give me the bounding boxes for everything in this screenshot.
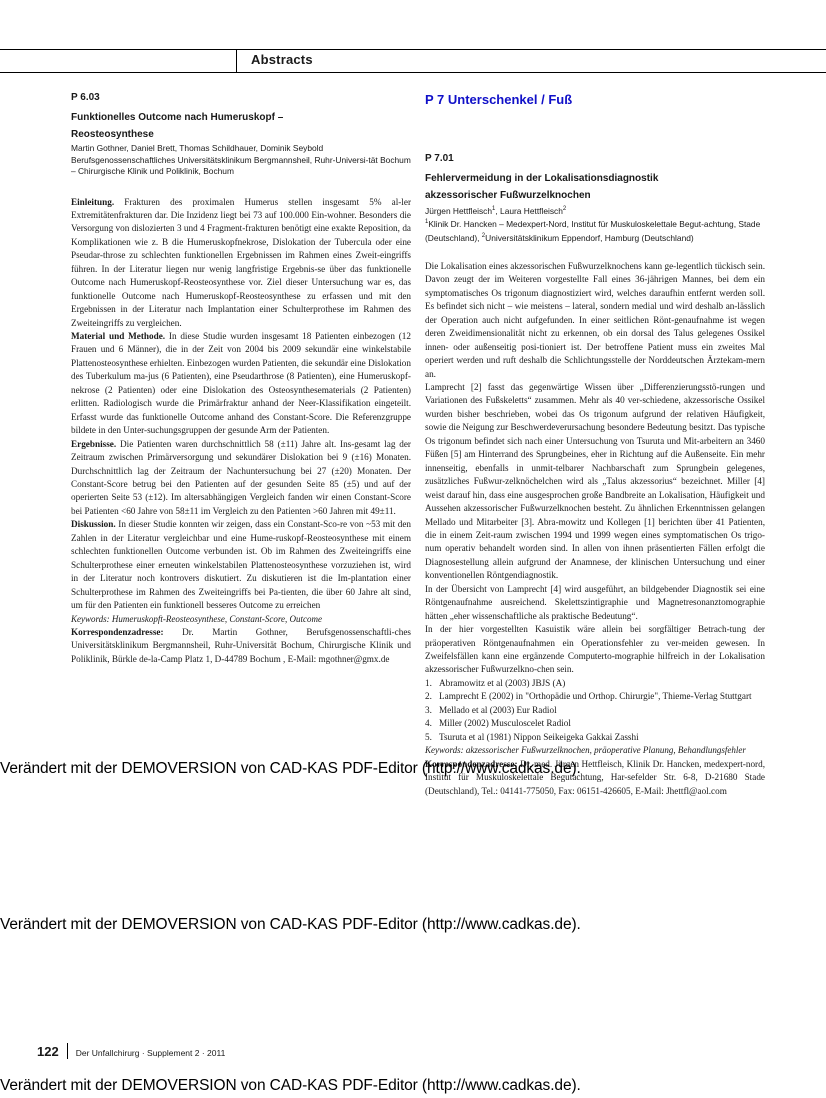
reference-item: 4.Miller (2002) Musculoscelet Radiol (425, 717, 765, 730)
reference-list: 1.Abramowitz et al (2003) JBJS (A) 2.Lam… (425, 677, 765, 744)
section-label: Diskussion. (71, 519, 116, 529)
reference-number: 2. (425, 690, 432, 703)
section-text: Die Patienten waren durchschnittlich 58 … (71, 439, 411, 516)
reference-item: 3.Mellado et al (2003) Eur Radiol (425, 704, 765, 717)
reference-number: 1. (425, 677, 432, 690)
keywords-label: Keywords (425, 745, 461, 755)
header-rule-top (0, 49, 826, 50)
reference-text: Miller (2002) Musculoscelet Radiol (439, 718, 571, 728)
abstract-title: Funktionelles Outcome nach Humeruskopf –… (71, 109, 411, 143)
author-1: Jürgen Hettfleisch (425, 206, 492, 216)
section-label: Material und Methode. (71, 331, 165, 341)
abstract-code: P 7.01 (425, 153, 765, 164)
reference-number: 5. (425, 731, 432, 744)
reference-item: 1.Abramowitz et al (2003) JBJS (A) (425, 677, 765, 690)
abstract-p701: P 7 Unterschenkel / Fuß P 7.01 Fehlerver… (425, 92, 765, 798)
affiliation: Berufsgenossenschaftliches Universitätsk… (71, 155, 411, 178)
reference-item: 2.Lamprecht E (2002) in "Orthopädie und … (425, 690, 765, 703)
demo-watermark: Verändert mit der DEMOVERSION von CAD-KA… (0, 760, 581, 778)
abstract-title: Fehlervermeidung in der Lokalisationsdia… (425, 170, 765, 204)
section-material-methode: Material und Methode. In diese Studie wu… (71, 330, 411, 438)
keywords: Keywords: akzessorischer Fußwurzelknoche… (425, 744, 765, 757)
paragraph: In der hier vorgestellten Kasuistik wäre… (425, 623, 765, 677)
demo-watermark: Verändert mit der DEMOVERSION von CAD-KA… (0, 1077, 581, 1095)
keywords-text: : akzessorischer Fußwurzelknochen, präop… (461, 745, 746, 755)
keywords-label: Keywords (71, 614, 107, 624)
title-line-2: akzessorischer Fußwurzelknochen (425, 190, 591, 201)
affiliation: 1Klinik Dr. Hancken – Medexpert-Nord, In… (425, 217, 765, 244)
reference-number: 4. (425, 717, 432, 730)
reference-text: Lamprecht E (2002) in "Orthopädie und Or… (439, 691, 752, 701)
section-ergebnisse: Ergebnisse. Die Patienten waren durchsch… (71, 438, 411, 519)
section-heading: P 7 Unterschenkel / Fuß (425, 92, 765, 107)
section-text: Frakturen des proximalen Humerus stellen… (71, 197, 411, 328)
demo-watermark: Verändert mit der DEMOVERSION von CAD-KA… (0, 916, 581, 934)
paragraph: Die Lokalisation eines akzessorischen Fu… (425, 260, 765, 381)
section-label: Einleitung. (71, 197, 114, 207)
author-list: Jürgen Hettfleisch1, Laura Hettfleisch2 (425, 204, 765, 217)
title-line-1: Funktionelles Outcome nach Humeruskopf – (71, 112, 283, 123)
correspondence-label: Korrespondenzadresse: (71, 627, 164, 637)
author-2-sup: 2 (563, 206, 566, 212)
footer-divider (67, 1043, 68, 1059)
reference-text: Mellado et al (2003) Eur Radiol (439, 705, 557, 715)
header-divider (236, 49, 237, 72)
section-diskussion: Diskussion. In dieser Studie konnten wir… (71, 518, 411, 612)
reference-text: Tsuruta et al (1981) Nippon Seikeigeka G… (439, 732, 639, 742)
author-2: Laura Hettfleisch (500, 206, 563, 216)
correspondence: Korrespondenzadresse: Dr. Martin Gothner… (71, 626, 411, 666)
header-rule-bottom (0, 72, 826, 73)
keywords: Keywords: Humeruskopft-Reosteosynthese, … (71, 613, 411, 626)
title-line-1: Fehlervermeidung in der Lokalisationsdia… (425, 173, 658, 184)
reference-text: Abramowitz et al (2003) JBJS (A) (439, 678, 565, 688)
journal-citation: Der Unfallchirurg · Supplement 2 · 2011 (76, 1048, 226, 1058)
section-text: In diese Studie wurden insgesamt 18 Pati… (71, 331, 411, 435)
section-label: Ergebnisse. (71, 439, 116, 449)
reference-item: 5.Tsuruta et al (1981) Nippon Seikeigeka… (425, 731, 765, 744)
abstract-p603: P 6.03 Funktionelles Outcome nach Humeru… (71, 92, 411, 666)
page-footer: 122 Der Unfallchirurg · Supplement 2 · 2… (37, 1040, 225, 1059)
paragraph: Lamprecht [2] fasst das gegenwärtige Wis… (425, 381, 765, 583)
page-number: 122 (37, 1044, 59, 1059)
section-text: In dieser Studie konnten wir zeigen, das… (71, 519, 411, 610)
abstract-code: P 6.03 (71, 92, 411, 103)
affil-text-2: Universitätsklinikum Eppendorf, Hamburg … (485, 232, 694, 242)
page-section-title: Abstracts (251, 52, 313, 67)
keywords-text: : Humeruskopft-Reosteosynthese, Constant… (107, 614, 322, 624)
section-einleitung: Einleitung. Frakturen des proximalen Hum… (71, 196, 411, 331)
paragraph: In der Übersicht von Lamprecht [4] wird … (425, 583, 765, 623)
title-line-2: Reosteosynthese (71, 129, 154, 140)
reference-number: 3. (425, 704, 432, 717)
author-list: Martin Gothner, Daniel Brett, Thomas Sch… (71, 143, 411, 155)
